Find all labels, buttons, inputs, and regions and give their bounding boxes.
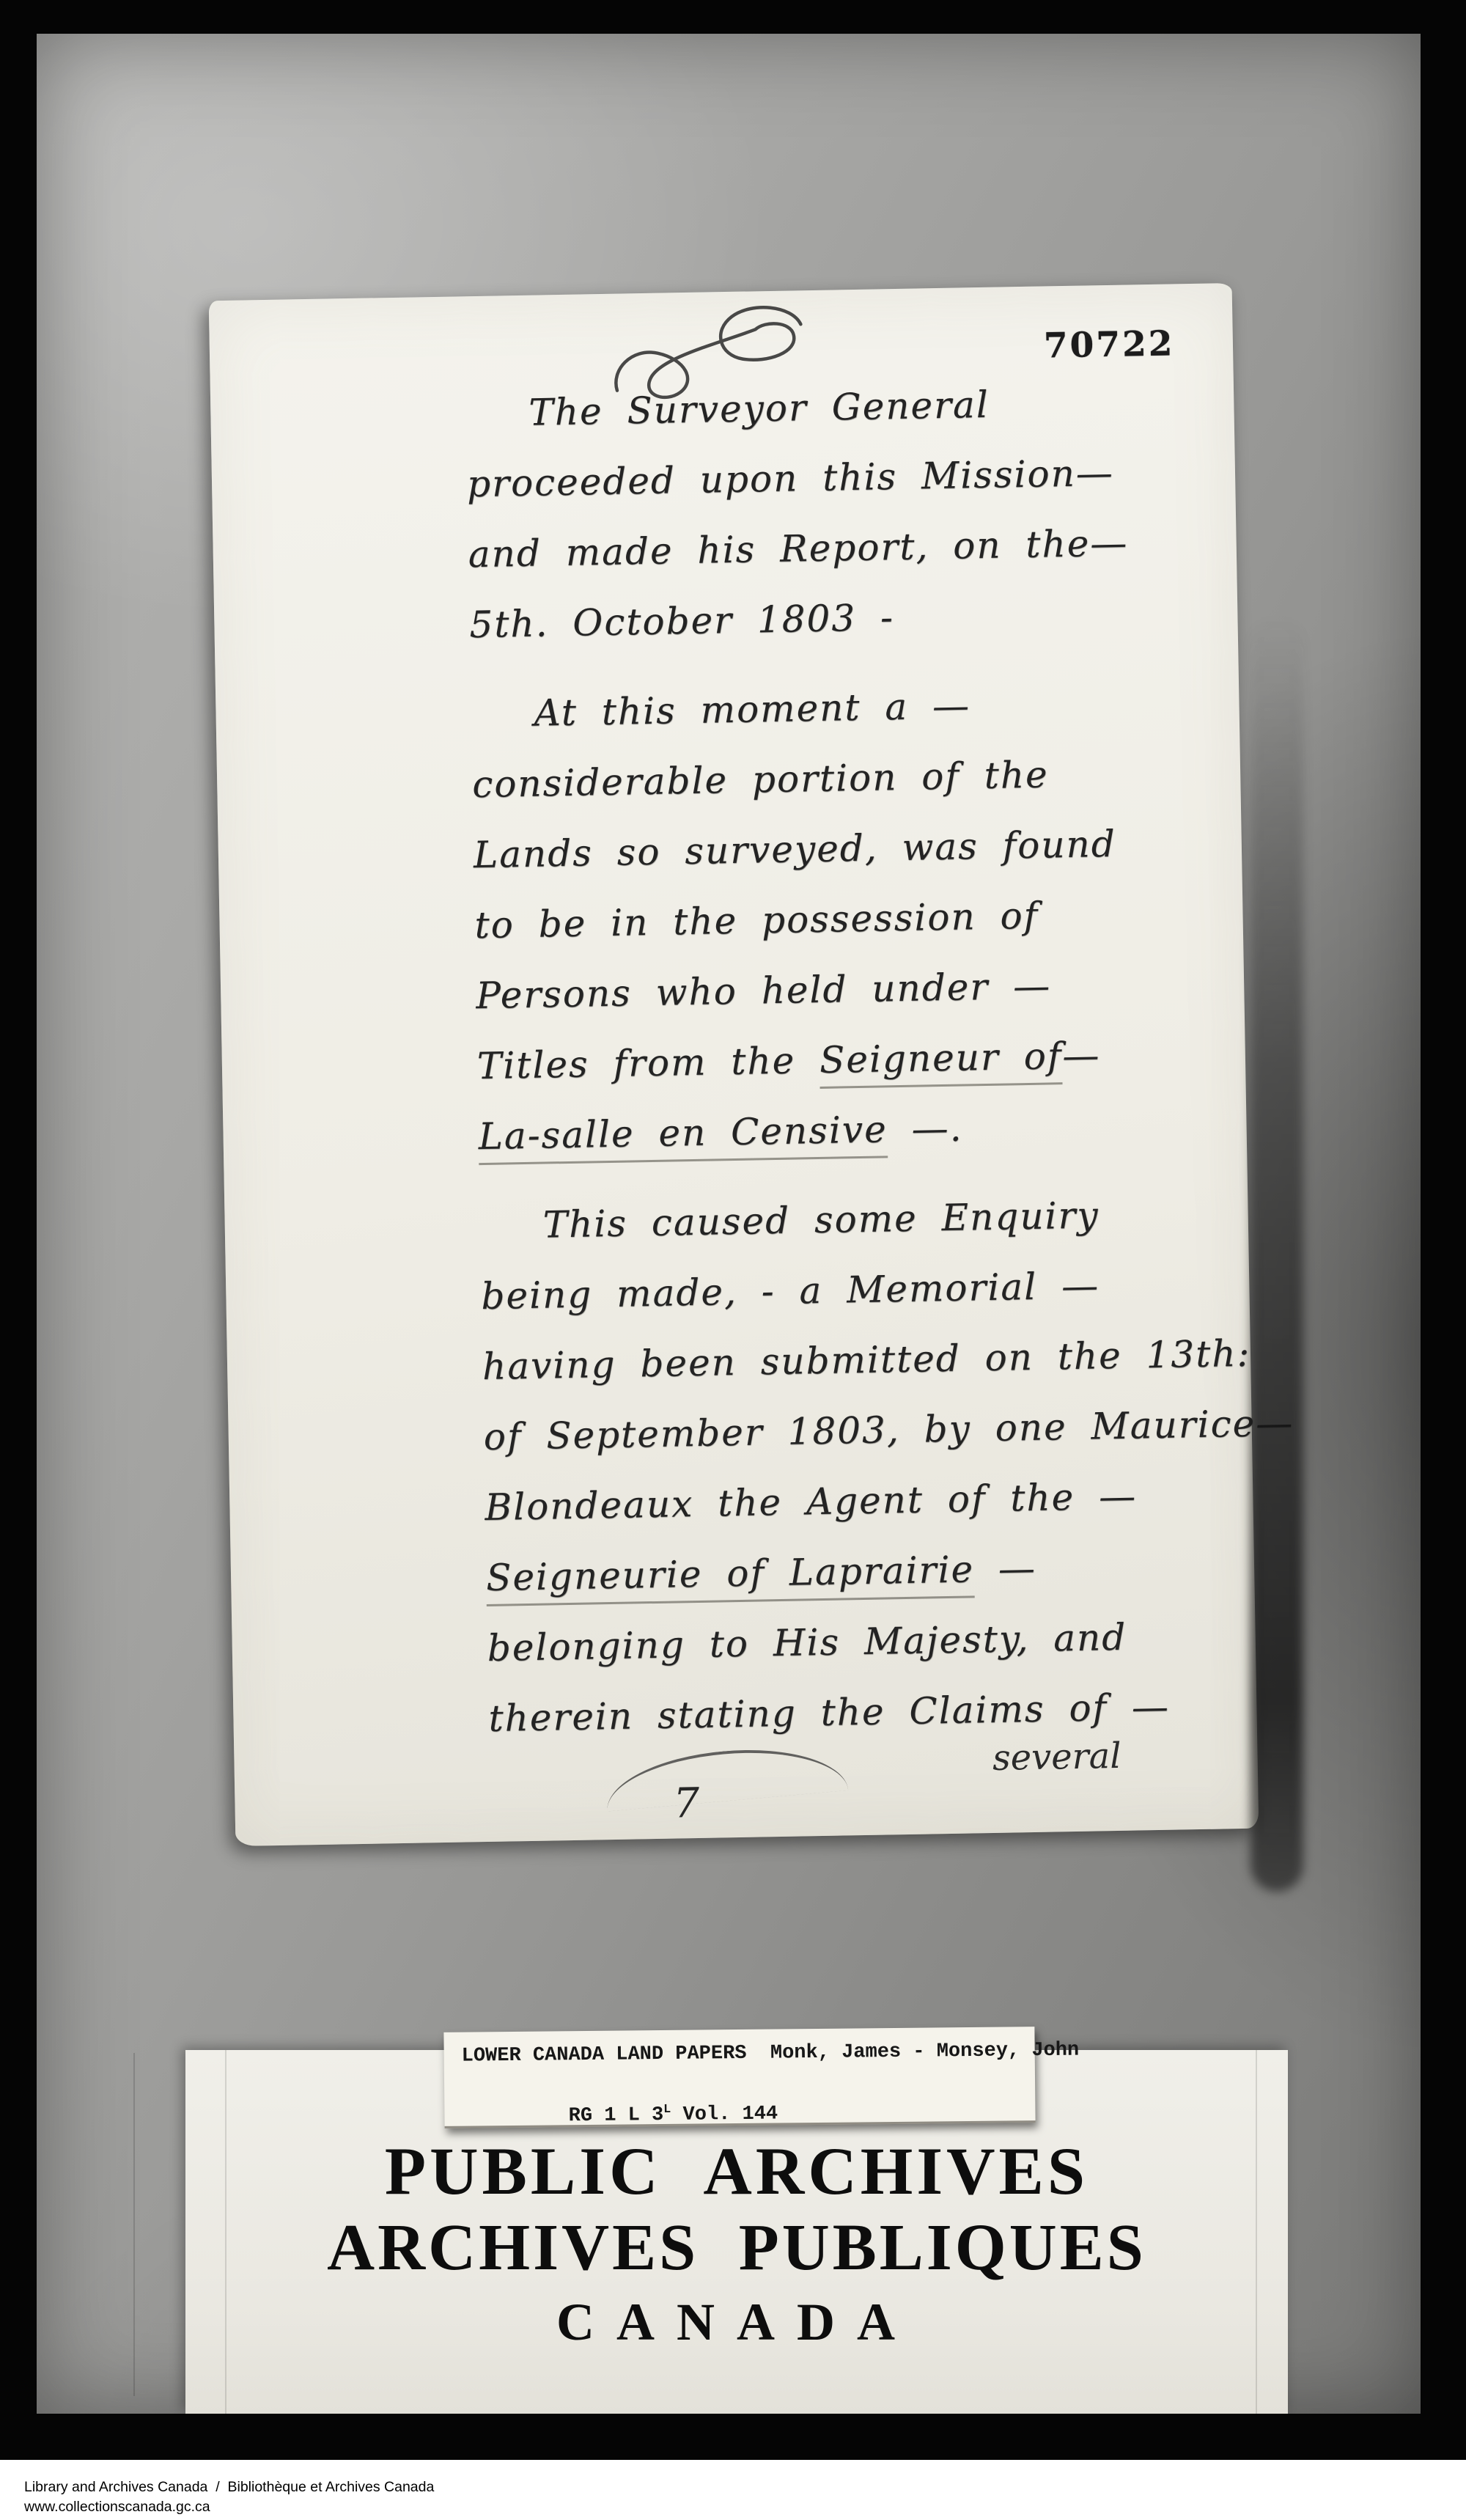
film-frame-bottom [0, 2414, 1466, 2460]
manuscript-line: Titles from the Seigneur of— [476, 1018, 1234, 1101]
manuscript-line: 5th. October 1803 - [469, 576, 1227, 660]
manuscript-line: therein stating the Claims of — [488, 1670, 1246, 1754]
manuscript-line: At this moment a — [471, 666, 1229, 749]
manuscript-line: La-salle en Censive —. [478, 1088, 1236, 1172]
reference-rg-line: RG 1 L 3L Vol. 144 [497, 2072, 778, 2155]
handwriting-text: Persons who held under — [476, 964, 1052, 1017]
handwriting-text: being made, - a Memorial — [481, 1264, 1100, 1318]
lac-footer: Library and Archives Canada / Bibliothèq… [0, 2460, 1466, 2520]
handwriting-text: The Surveyor General [528, 383, 990, 434]
manuscript-line: being made, - a Memorial — [481, 1248, 1239, 1331]
handwriting-text: This caused some Enquiry [542, 1194, 1099, 1246]
archive-stamp-number: 70722 [1043, 323, 1174, 366]
card-title-canada: CANADA [185, 2292, 1288, 2353]
handwriting-text: 5th. October 1803 - [469, 596, 894, 646]
manuscript-line: and made his Report, on the— [468, 506, 1226, 589]
pen-arc-icon [603, 1741, 849, 1812]
manuscript-line: proceeded upon this Mission— [466, 436, 1224, 519]
underlined-phrase: La-salle en Censive [478, 1108, 888, 1165]
handwriting-text: and made his Report, on the— [468, 522, 1128, 576]
manuscript-line: Seigneurie of Laprairie — [485, 1529, 1243, 1613]
handwriting-text: proceeded upon this Mission— [467, 452, 1115, 505]
handwriting-text: having been submitted on the 13th: [482, 1332, 1251, 1388]
handwriting-text: —. [887, 1107, 963, 1151]
manuscript-line: belonging to His Majesty, and [487, 1600, 1245, 1683]
underlined-phrase: Seigneurie of Laprairie [486, 1548, 975, 1606]
handwriting-text: therein stating the Claims of — [488, 1686, 1170, 1740]
manuscript-line: This caused some Enquiry [479, 1178, 1237, 1261]
manuscript-line: Lands so surveyed, was found [473, 807, 1231, 890]
typed-reference-label: LOWER CANADA LAND PAPERS Monk, James - M… [443, 2027, 1035, 2128]
handwriting-text: considerable portion of the [472, 753, 1049, 806]
rg-suffix: Vol. 144 [671, 2104, 778, 2126]
lac-footer-name: Library and Archives Canada / Bibliothèq… [24, 2477, 1466, 2497]
handwriting-text: belonging to His Majesty, and [487, 1616, 1127, 1669]
page-number: 7 [673, 1779, 700, 1828]
reference-collection-line: LOWER CANADA LAND PAPERS Monk, James - M… [462, 2038, 1080, 2069]
film-frame-top [0, 0, 1466, 34]
manuscript-line: to be in the possession of [474, 877, 1232, 960]
manuscript-line: Blondeaux the Agent of the — [485, 1459, 1242, 1543]
manuscript-line: Persons who held under — [475, 947, 1233, 1031]
rg-superscript: L [663, 2103, 671, 2117]
card-title-french: ARCHIVES PUBLIQUES [185, 2210, 1288, 2285]
handwriting-text: Titles from the [476, 1039, 819, 1087]
catchword: several [949, 1735, 1121, 1779]
mat-crease-line [133, 2053, 135, 2396]
handwriting-text: At this moment a — [534, 684, 970, 734]
handwriting-text: — [1062, 1034, 1101, 1077]
manuscript-page: 70722 The Surveyor Generalproceeded upon… [209, 283, 1259, 1846]
manuscript-line: considerable portion of the [471, 736, 1229, 820]
manuscript-line: of September 1803, by one Maurice— [483, 1389, 1241, 1472]
handwriting-text: to be in the possession of [474, 895, 1039, 947]
film-frame-left [0, 0, 37, 2460]
manuscript-line: The Surveyor General [465, 365, 1223, 449]
lac-footer-url: www.collectionscanada.gc.ca [24, 2497, 1466, 2517]
handwriting-text: — [973, 1547, 1036, 1590]
handwriting-text: Blondeaux the Agent of the — [485, 1474, 1138, 1529]
scanned-document-page: 70722 The Surveyor Generalproceeded upon… [0, 0, 1466, 2520]
underlined-phrase: Seigneur of [819, 1035, 1063, 1089]
handwriting-text: of September 1803, by one Maurice— [483, 1402, 1294, 1458]
binding-gutter-shadow [1250, 616, 1303, 1892]
rg-prefix: RG 1 L 3 [569, 2104, 664, 2127]
handwriting-text: Lands so surveyed, was found [473, 823, 1116, 876]
manuscript-line: having been submitted on the 13th: [482, 1318, 1240, 1402]
film-frame-right [1421, 0, 1466, 2460]
manuscript-lines: The Surveyor Generalproceeded upon this … [465, 365, 1246, 1754]
